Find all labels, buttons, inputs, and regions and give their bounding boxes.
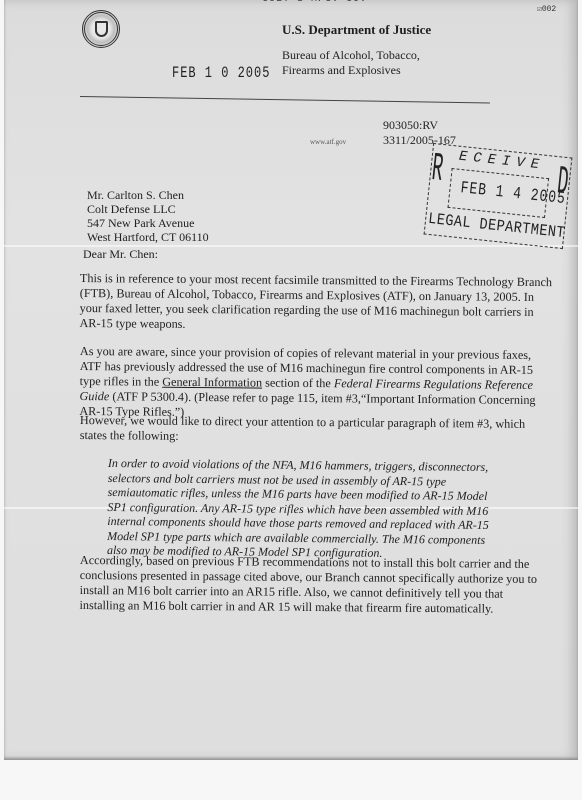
recipient-city: West Hartford, CT 06110 — [87, 230, 209, 245]
bureau-name-line2: Firearms and Explosives — [282, 63, 401, 78]
paragraph-4: Accordingly, based on previous FTB recom… — [79, 553, 520, 617]
general-information-reference: General Information — [162, 375, 262, 390]
quoted-passage: In order to avoid violations of the NFA,… — [107, 456, 528, 562]
department-title: U.S. Department of Justice — [282, 22, 431, 38]
doj-seal-icon — [82, 10, 120, 48]
reference-number: 903050:RV — [383, 118, 438, 133]
fax-header: COLT'S MFG. CO. — [262, 0, 367, 5]
recipient-street: 547 New Park Avenue — [87, 216, 194, 231]
paragraph-1: This is in reference to your most recent… — [79, 271, 520, 335]
stamp-letter-r: R — [430, 150, 445, 191]
bureau-name-line1: Bureau of Alcohol, Tobacco, — [282, 48, 420, 63]
stamp-date: FEB 1 4 2005 — [460, 178, 567, 208]
fax-page-number: ☑002 — [537, 4, 556, 14]
website-url: www.atf.gov — [310, 138, 346, 146]
recipient-company: Colt Defense LLC — [87, 202, 176, 217]
scanned-page: COLT'S MFG. CO. ☑002 U.S. Department of … — [0, 0, 582, 800]
sent-date-stamp: FEB 1 0 2005 — [172, 64, 270, 82]
seal-shield-icon — [95, 21, 108, 37]
paragraph-3: However, we would like to direct your at… — [80, 413, 520, 447]
stamp-date-box: FEB 1 4 2005 — [447, 168, 549, 218]
received-stamp: R ECEIVE D FEB 1 4 2005 LEGAL DEPARTMENT — [424, 143, 573, 249]
salutation: Dear Mr. Chen: — [83, 247, 158, 262]
publication-title: Federal Firearms Regulations Reference — [334, 376, 533, 392]
recipient-name: Mr. Carlton S. Chen — [87, 188, 184, 203]
paragraph-2: As you are aware, since your provision o… — [79, 344, 520, 423]
